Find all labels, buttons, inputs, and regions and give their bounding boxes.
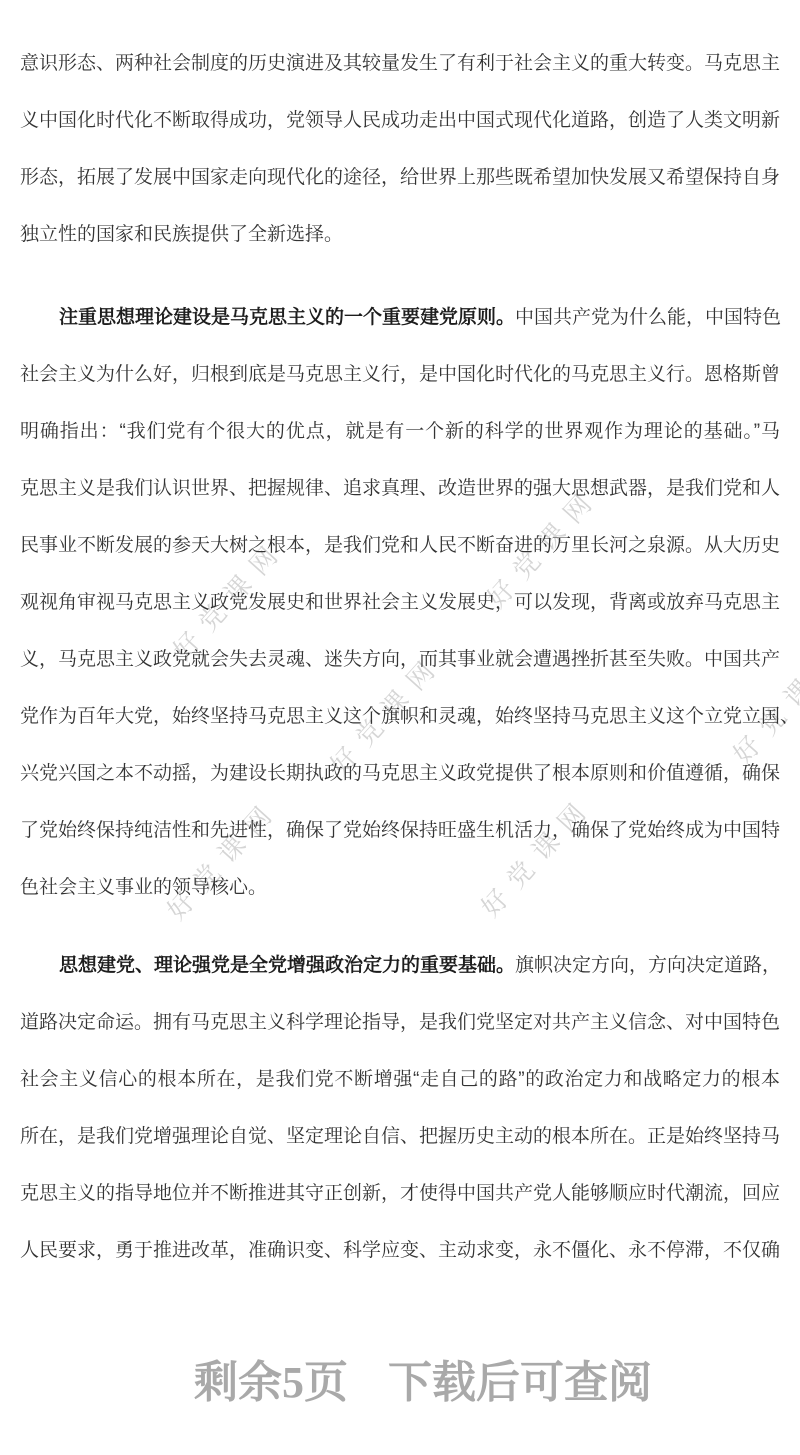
text-line: 人民要求，勇于推进改革，准确识变、科学应变、主动求变，永不僵化、永不停滞，不仅确 — [20, 1238, 780, 1263]
paragraph-text: 观视角审视马克思主义政党发展史和世界社会主义发展史，可以发现，背离或放弃马克思主 — [20, 592, 780, 613]
paragraph-text: 道路决定命运。拥有马克思主义科学理论指导，是我们党坚定对共产主义信念、对中国特色 — [20, 1012, 780, 1033]
text-line: 了党始终保持纯洁性和先进性，确保了党始终保持旺盛生机活力，确保了党始终成为中国特 — [20, 818, 780, 843]
paragraph-text: 旗帜决定方向，方向决定道路， — [515, 955, 781, 976]
document-page: 意识形态、两种社会制度的历史演进及其较量发生了有利于社会主义的重大转变。马克思主… — [0, 0, 800, 1455]
watermark-text: 好党课网 — [471, 786, 600, 924]
paragraph-text: 兴党兴国之本不动摇，为建设长期执政的马克思主义政党提供了根本原则和价值遵循，确保 — [20, 763, 780, 784]
text-line: 社会主义信心的根本所在，是我们党不断增强“走自己的路”的政治定力和战略定力的根本 — [20, 1067, 780, 1092]
paragraph-text: 中国共产党为什么能，中国特色 — [515, 307, 781, 328]
paragraph-text: 了党始终保持纯洁性和先进性，确保了党始终保持旺盛生机活力，确保了党始终成为中国特 — [20, 820, 780, 841]
text-line: 思想建党、理论强党是全党增强政治定力的重要基础。旗帜决定方向，方向决定道路， — [20, 953, 780, 978]
paragraph-lead-bold: 思想建党、理论强党是全党增强政治定力的重要基础。 — [59, 955, 515, 976]
download-hint-label: 下载后可查阅 — [388, 1358, 652, 1407]
text-line: 民事业不断发展的参天大树之根本，是我们党和人民不断奋进的万里长河之泉源。从大历史 — [20, 533, 780, 558]
text-line: 克思主义的指导地位并不断推进其守正创新，才使得中国共产党人能够顺应时代潮流，回应 — [20, 1181, 780, 1206]
paragraph-text: 色社会主义事业的领导核心。 — [20, 877, 267, 898]
text-line: 社会主义为什么好，归根到底是马克思主义行，是中国化时代化的马克思主义行。恩格斯曾 — [20, 362, 780, 387]
text-line: 道路决定命运。拥有马克思主义科学理论指导，是我们党坚定对共产主义信念、对中国特色 — [20, 1010, 780, 1035]
text-line: 意识形态、两种社会制度的历史演进及其较量发生了有利于社会主义的重大转变。马克思主 — [20, 51, 780, 76]
text-line: 观视角审视马克思主义政党发展史和世界社会主义发展史，可以发现，背离或放弃马克思主 — [20, 590, 780, 615]
pages-remaining-note: 剩余5页下载后可查阅 — [194, 1360, 652, 1406]
paragraph-text: 党作为百年大党，始终坚持马克思主义这个旗帜和灵魂，始终坚持马克思主义这个立党立国… — [20, 706, 799, 727]
paragraph-text: 意识形态、两种社会制度的历史演进及其较量发生了有利于社会主义的重大转变。马克思主 — [20, 53, 780, 74]
text-line: 兴党兴国之本不动摇，为建设长期执政的马克思主义政党提供了根本原则和价值遵循，确保 — [20, 761, 780, 786]
text-line: 义，马克思主义政党就会失去灵魂、迷失方向，而其事业就会遭遇挫折甚至失败。中国共产 — [20, 647, 780, 672]
paragraph-text: 民事业不断发展的参天大树之根本，是我们党和人民不断奋进的万里长河之泉源。从大历史 — [20, 535, 780, 556]
paragraph-text: 形态，拓展了发展中国家走向现代化的途径，给世界上那些既希望加快发展又希望保持自身 — [20, 167, 780, 188]
text-line: 党作为百年大党，始终坚持马克思主义这个旗帜和灵魂，始终坚持马克思主义这个立党立国… — [20, 704, 780, 729]
paragraph-text: 人民要求，勇于推进改革，准确识变、科学应变、主动求变，永不僵化、永不停滞，不仅确 — [20, 1240, 780, 1261]
text-line: 形态，拓展了发展中国家走向现代化的途径，给世界上那些既希望加快发展又希望保持自身 — [20, 165, 780, 190]
watermark-text: 好党课网 — [157, 789, 286, 927]
text-line: 注重思想理论建设是马克思主义的一个重要建党原则。中国共产党为什么能，中国特色 — [20, 305, 780, 330]
paragraph-text: 社会主义信心的根本所在，是我们党不断增强“走自己的路”的政治定力和战略定力的根本 — [20, 1069, 780, 1090]
paragraph-text: 社会主义为什么好，归根到底是马克思主义行，是中国化时代化的马克思主义行。恩格斯曾 — [20, 364, 780, 385]
paragraph-text: 义中国化时代化不断取得成功，党领导人民成功走出中国式现代化道路，创造了人类文明新 — [20, 110, 780, 131]
paragraph-text: 独立性的国家和民族提供了全新选择。 — [20, 224, 343, 245]
paragraph-text: 义，马克思主义政党就会失去灵魂、迷失方向，而其事业就会遭遇挫折甚至失败。中国共产 — [20, 649, 780, 670]
paragraph-lead-bold: 注重思想理论建设是马克思主义的一个重要建党原则。 — [59, 307, 515, 328]
text-line: 义中国化时代化不断取得成功，党领导人民成功走出中国式现代化道路，创造了人类文明新 — [20, 108, 780, 133]
text-line: 克思主义是我们认识世界、把握规律、追求真理、改造世界的强大思想武器，是我们党和人 — [20, 476, 780, 501]
text-line: 色社会主义事业的领导核心。 — [20, 875, 780, 900]
paragraph-text: 克思主义的指导地位并不断推进其守正创新，才使得中国共产党人能够顺应时代潮流，回应 — [20, 1183, 780, 1204]
paragraph-text: 克思主义是我们认识世界、把握规律、追求真理、改造世界的强大思想武器，是我们党和人 — [20, 478, 780, 499]
text-line: 独立性的国家和民族提供了全新选择。 — [20, 222, 780, 247]
text-line: 明确指出：“我们党有个很大的优点，就是有一个新的科学的世界观作为理论的基础。”马 — [20, 419, 780, 444]
document-body: 意识形态、两种社会制度的历史演进及其较量发生了有利于社会主义的重大转变。马克思主… — [0, 0, 800, 1455]
paragraph-text: 所在，是我们党增强理论自觉、坚定理论自信、把握历史主动的根本所在。正是始终坚持马 — [20, 1126, 780, 1147]
pages-remaining-label: 剩余5页 — [194, 1358, 348, 1407]
text-line: 所在，是我们党增强理论自觉、坚定理论自信、把握历史主动的根本所在。正是始终坚持马 — [20, 1124, 780, 1149]
paragraph-text: 明确指出：“我们党有个很大的优点，就是有一个新的科学的世界观作为理论的基础。”马 — [20, 421, 780, 442]
